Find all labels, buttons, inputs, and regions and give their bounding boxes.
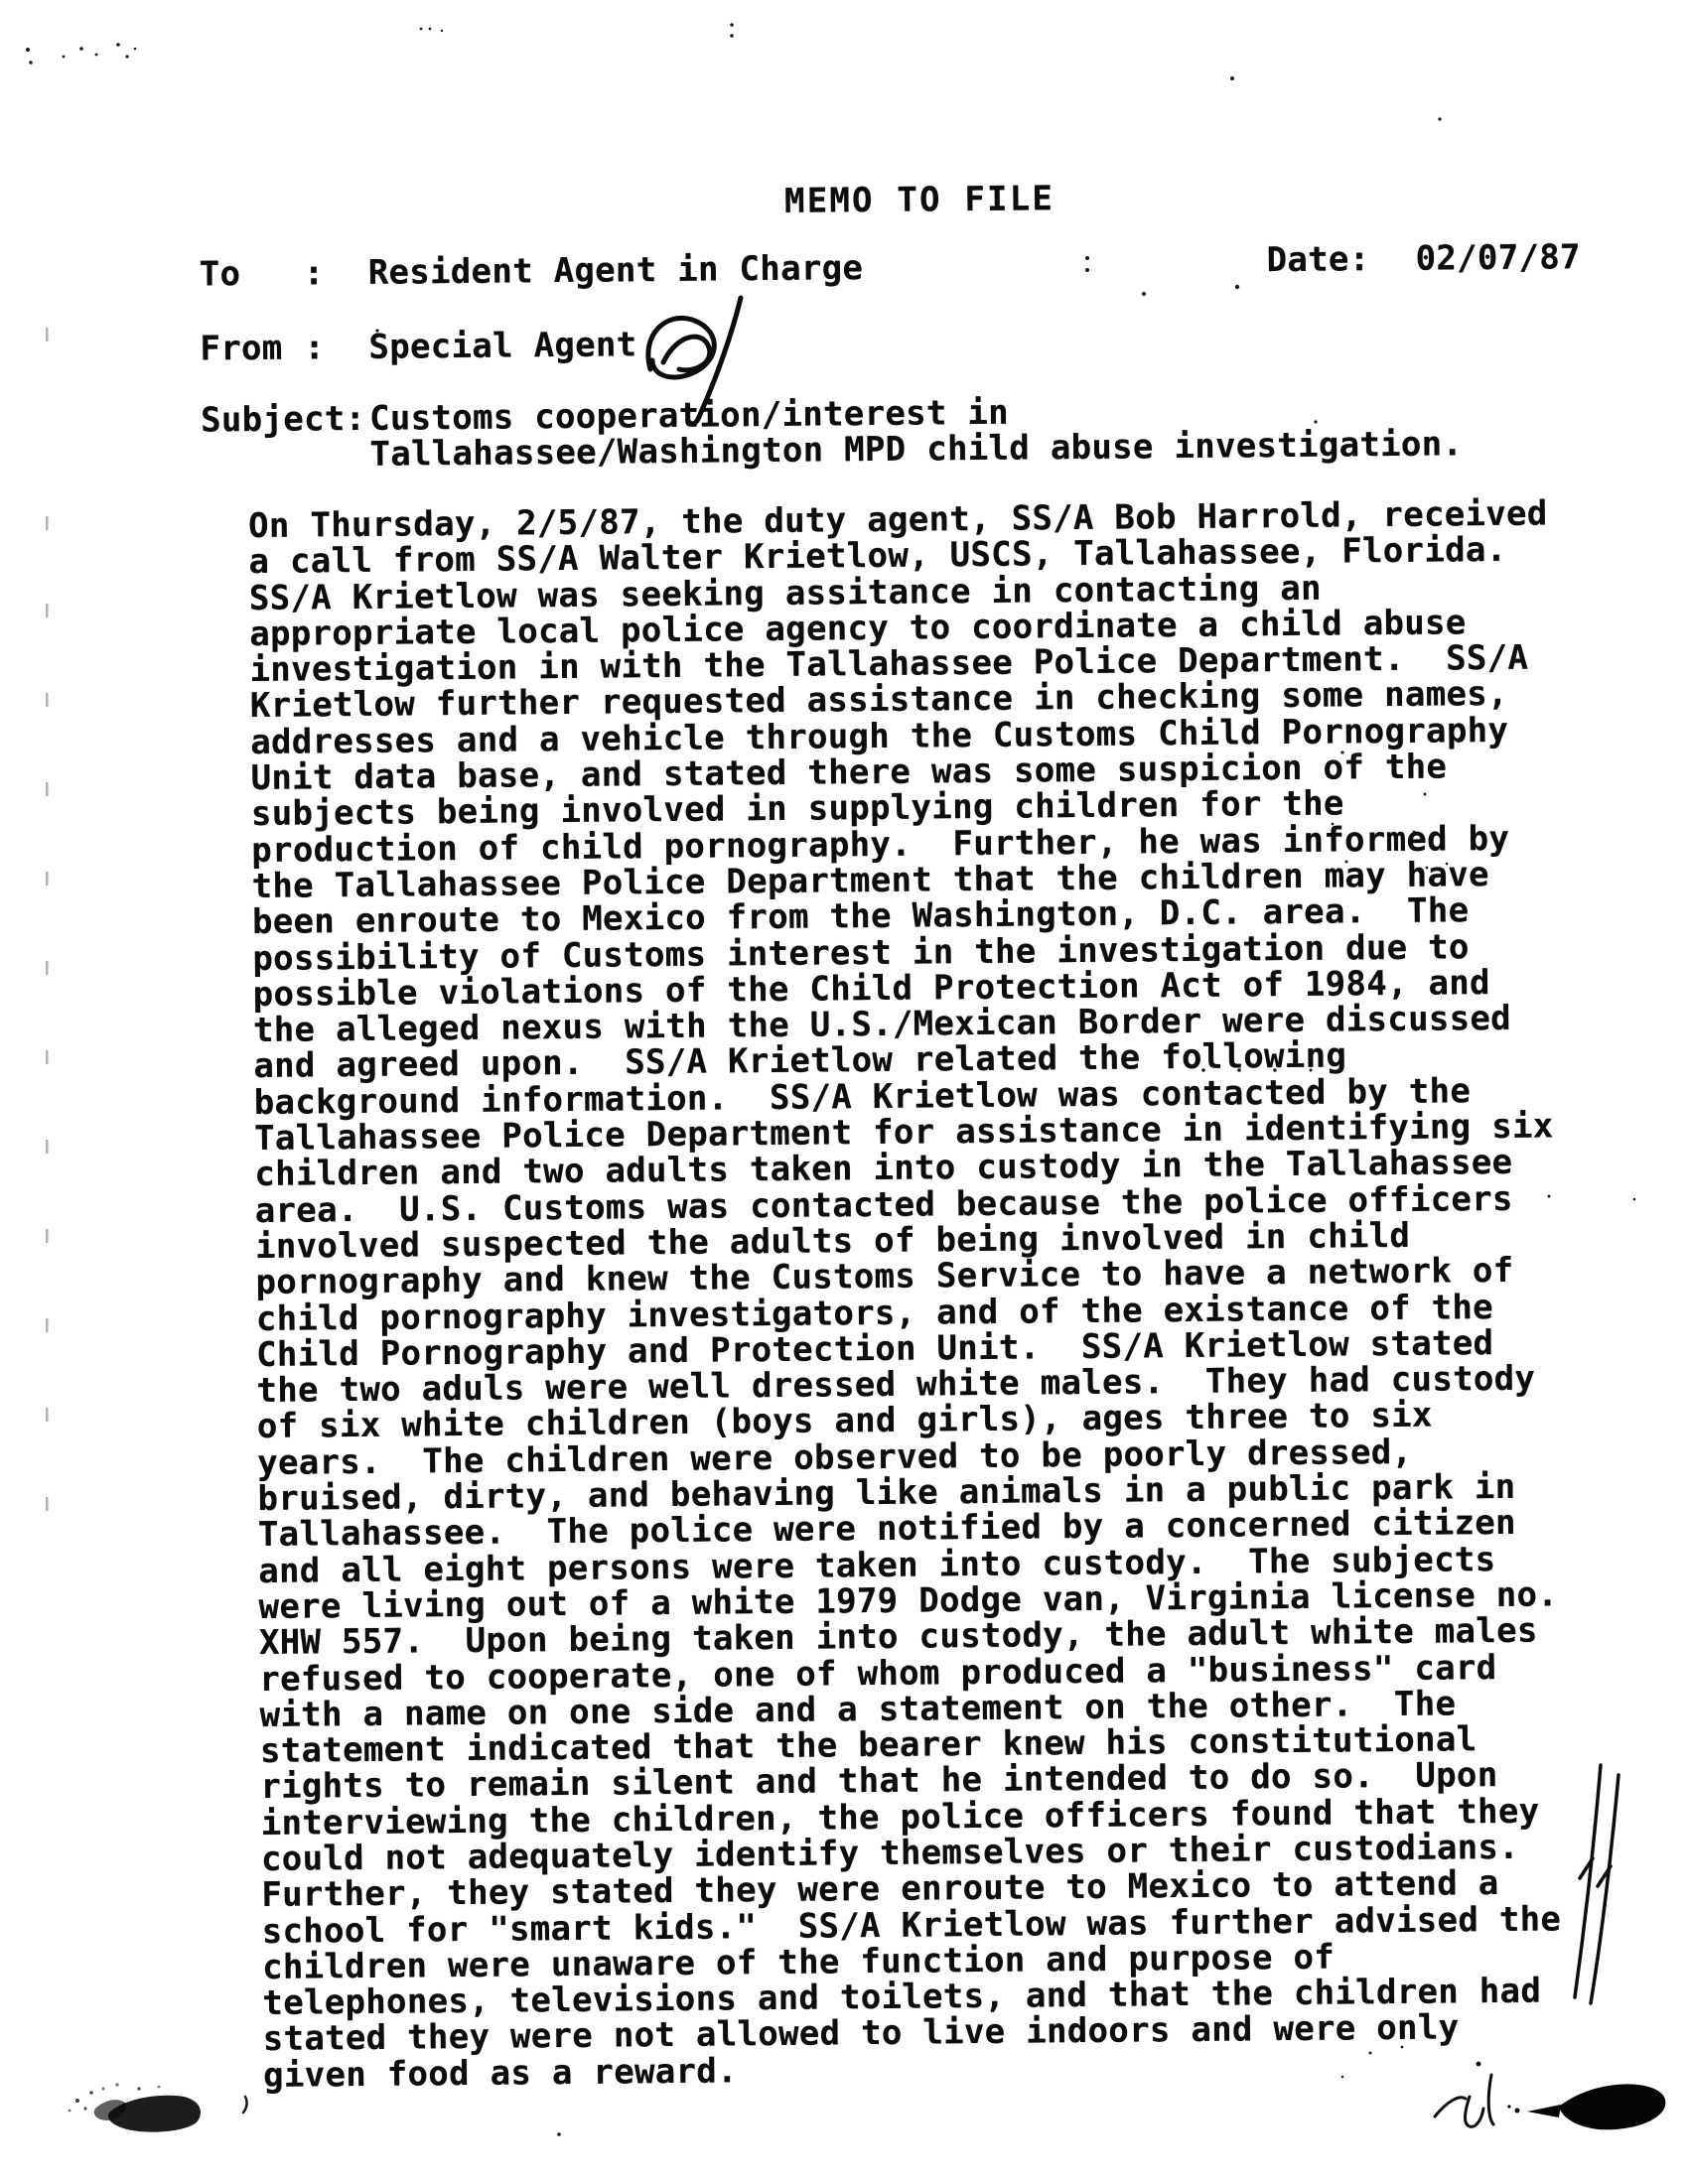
from-value: Special Agent bbox=[368, 325, 636, 367]
memo-body: On Thursday, 2/5/87, the duty agent, SS/… bbox=[248, 495, 1563, 2094]
memo-title: MEMO TO FILE bbox=[784, 179, 1055, 221]
date-value: 02/07/87 bbox=[1415, 237, 1581, 279]
from-label: From bbox=[200, 329, 282, 369]
from-colon: : bbox=[304, 328, 325, 367]
to-colon: : bbox=[304, 253, 325, 293]
date-label: Date: bbox=[1266, 239, 1369, 280]
memo-page: { "page": { "title": "MEMO TO FILE", "he… bbox=[0, 0, 1688, 2184]
to-label: To bbox=[200, 254, 241, 294]
to-value: Resident Agent in Charge bbox=[368, 248, 864, 293]
memo-sheet: MEMO TO FILE To : Resident Agent in Char… bbox=[0, 0, 1688, 2184]
subject-label: Subject: bbox=[201, 399, 366, 441]
